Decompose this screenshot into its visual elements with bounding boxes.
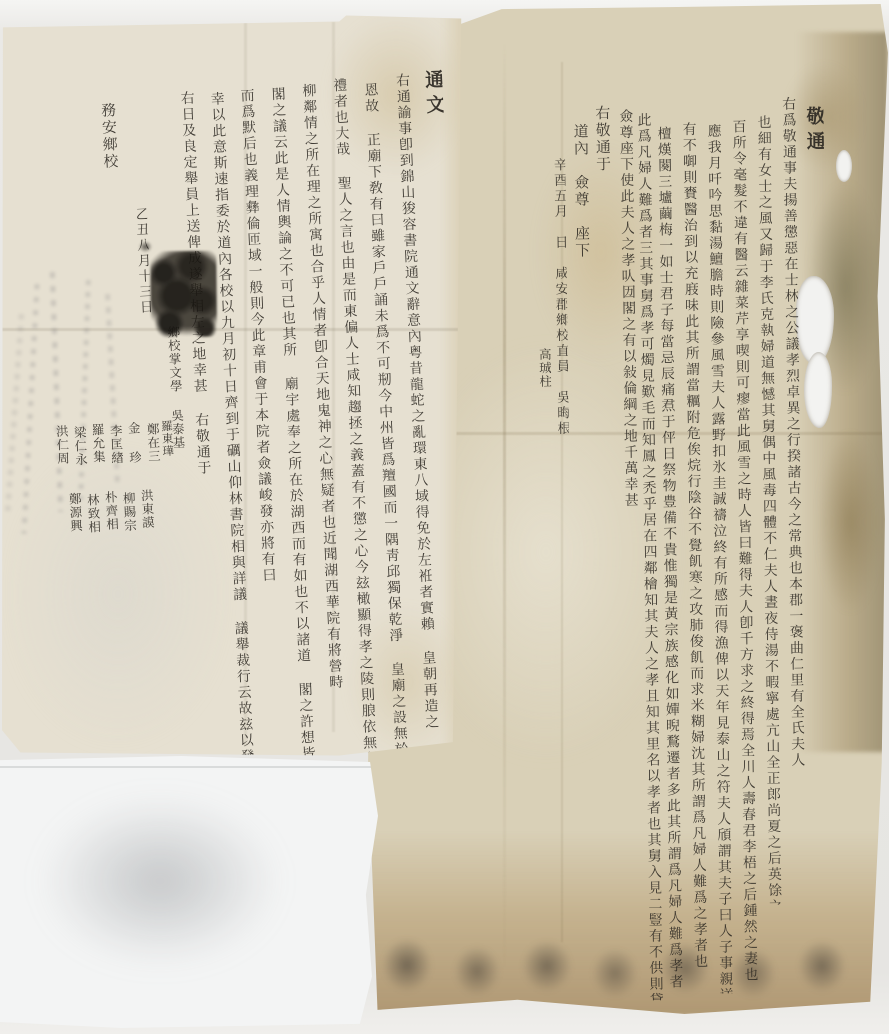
signer-name: 朴齊相 [103, 490, 118, 551]
signer-name: 鄭源興 [68, 492, 83, 553]
text-column: 百所令毫髮不違有醫云雜菜芹享喫則可瘳當此風雪之時人皆曰難得夫人卽千方求之終得焉全… [732, 119, 758, 991]
ink-seal-speck [138, 240, 153, 253]
signer-name: 鄭在三 [145, 422, 160, 483]
document-title: 通文 [423, 69, 445, 140]
signer-name: 金 珍 [126, 421, 141, 486]
blank-paper-sheet [0, 756, 378, 1028]
signer-name: 梁仁永 [73, 426, 88, 487]
signer-name: 洪仁周 [54, 424, 69, 485]
ink-seal-stamp [150, 251, 217, 338]
signer-name: 柳賜宗 [122, 492, 137, 553]
fold-crease [0, 766, 378, 768]
signer-name: 李匡緖 [108, 424, 123, 485]
text-column: 有不啣則賚醫治到以充庪味此其所謂當糲附危俟烷行陰谷不覺飢寒之攻肺俊飢而求米糊婦沈… [682, 122, 708, 998]
tongmun-text-block: 通文 右通諭事卽到錦山狻容書院通文辭意內粤昔龍蛇之亂環東八域得免於左袵者實賴 皇… [1, 12, 496, 778]
sender-school-name: 務安鄉校 [100, 102, 120, 203]
photograph-of-two-historical-documents: 敬通 右爲敬通事夫揚善懲惡在士林之公議孝烈卓異之行揆諸古今之常典也本郡一褒曲仁里… [0, 0, 889, 1034]
recipient-line: 道內 僉尊 座下 [573, 123, 592, 383]
text-column: 右爲敬通事夫揚善懲惡在士林之公議孝烈卓異之行揆諸古今之常典也本郡一褒曲仁里有全氏… [781, 96, 806, 882]
signer-name: 洪東謨 [139, 489, 154, 550]
co-signer-name: 高珹柱 [538, 348, 552, 432]
date-and-sender-line: 辛酉五月 日 咸安郡鄉校直員 吳晦根 [551, 158, 571, 588]
text-column: 應我月吀吟思黏湯鱣膽時則險參風雪夫人露野扣氷圭誠禱泣終有所感而得漁俾以天年見泰山… [707, 123, 733, 993]
signer-name: 林致相 [86, 493, 101, 554]
text-column: 也細有女士之風又歸于李氏克執婦道無憾其舅偶中風毒四體不仁夫人晝夜侍湯不暇寧處亢山… [756, 115, 781, 905]
signer-name: 羅允集 [90, 423, 105, 484]
document-tongmun: 通文 右通諭事卽到錦山狻容書院通文辭意內粤昔龍蛇之亂環東八域得免於左袵者實賴 皇… [2, 14, 464, 760]
document-title: 敬通 [804, 106, 824, 176]
shadow-blotch [40, 796, 280, 966]
closing-line: 右敬通于 [594, 105, 611, 255]
